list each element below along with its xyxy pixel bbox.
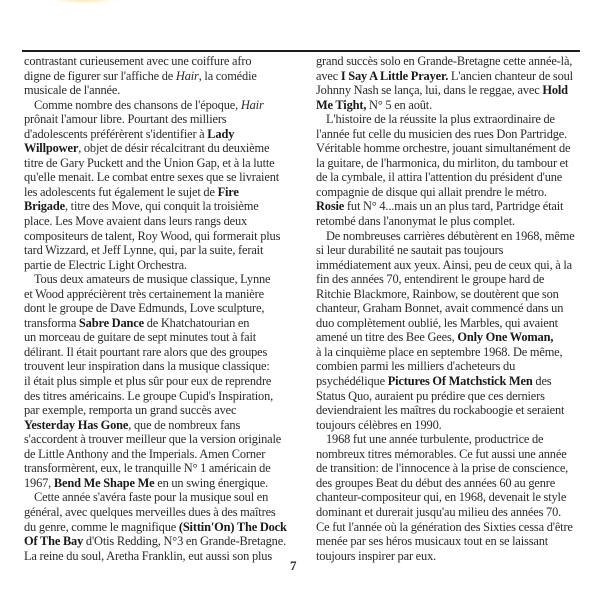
text-segment: Status Quo, auraient pu prédire que ces … [316,389,545,403]
text-line: Willpower, objet de désir récalcitrant d… [24,141,296,156]
scan-smudge [50,0,120,4]
text-line: deviendraient les maîtres du rockaboogie… [316,403,586,418]
text-line: les adolescents fut également le sujet d… [24,185,296,200]
text-segment: des titres américains. Le groupe Cupid's… [24,389,273,403]
text-segment: transforma [24,316,79,330]
text-segment: Johnny Nash se lança, lui, dans le regga… [316,83,542,97]
text-segment: en un swing énergique. [155,476,269,490]
text-segment: La reine du soul, Aretha Franklin, eut a… [24,549,272,563]
text-segment: amené un titre des Bee Gees, [316,330,457,344]
song-title: Hold [542,83,568,97]
text-line: toujours inspirer par eux. [316,549,586,564]
text-line: d'adolescents préférèrent s'identifier à… [24,127,296,142]
text-line: amené un titre des Bee Gees, Only One Wo… [316,330,586,345]
text-segment: fut N° 4...mais un an plus tard, Partrid… [344,199,563,213]
text-line: toujours célèbres en 1990. [316,418,586,433]
header-rule [22,50,580,52]
text-line: musicale de l'année. [24,83,296,98]
song-title: Rosie [316,199,344,213]
text-line: l'année fut celle du musicien des rues D… [316,127,586,142]
text-line: titre de Gary Puckett and the Union Gap,… [24,156,296,171]
text-segment: transformèrent, eux, le tranquille N° 1 … [24,461,271,475]
song-title: Sabre Dance [79,316,144,330]
text-segment: des groupes Beat du début des années 60 … [316,476,555,490]
text-segment: Tous deux amateurs de musique classique,… [34,272,270,286]
text-segment: trouvent leur inspiration dans la musiqu… [24,359,270,373]
text-segment: des [533,374,552,388]
text-segment: tard Wizzard, et Jeff Lynne, qui, par la… [24,243,263,257]
text-segment: menée par ses héros musicaux tout en se … [316,534,548,548]
text-line: duo complètement oublié, les Marbles, qu… [316,316,586,331]
song-title: Of The Bay [24,534,83,548]
text-segment: musicale de l'année. [24,83,120,97]
text-segment: chanteur, Graham Bonnet, avait commencé … [316,301,563,315]
song-title: I Say A Little Prayer. [341,69,448,83]
text-segment: Ce fut l'année où la génération des Sixt… [316,520,573,534]
text-segment: deviendraient les maîtres du rockaboogie… [316,403,564,417]
text-line: psychédélique Pictures Of Matchstick Men… [316,374,586,389]
text-line: partie de Electric Light Orchestra. [24,258,296,273]
text-segment: nombreux titres mémorables. Ce fut aussi… [316,447,567,461]
text-segment: partie de Electric Light Orchestra. [24,258,187,272]
text-line: Cette année s'avéra faste pour la musiqu… [24,490,296,505]
text-segment: avec [316,69,341,83]
text-line: Yesterday Has Gone, que de nombreux fans [24,418,296,433]
text-segment: il était plus simple et plus sûr pour eu… [24,374,271,388]
text-segment: et Wood apprécièrent très certainement l… [24,287,264,301]
text-segment: d'adolescents préférèrent s'identifier à [24,127,207,141]
text-segment: 1967, [24,476,54,490]
text-line: si leur durabilité ne sautait pas toujou… [316,243,586,258]
text-line: place. Les Move avaient dans leurs rangs… [24,214,296,229]
left-text-column: contrastant curieusement avec une coiffu… [24,54,296,563]
text-line: L'histoire de la réussite la plus extrao… [316,112,586,127]
text-line: Of The Bay d'Otis Redding, N°3 en Grande… [24,534,296,549]
text-line: et Wood apprécièrent très certainement l… [24,287,296,302]
song-title: Bend Me Shape Me [54,476,155,490]
song-title: Yesterday Has Gone [24,418,128,432]
text-segment: la guitare, de l'harmonica, du mirliton,… [316,156,568,170]
text-segment: à la cinquième place en septembre 1968. … [316,345,562,359]
text-line: grand succès solo en Grande-Bretagne cet… [316,54,586,69]
text-segment: s'accordent à trouver meilleur que la ve… [24,432,281,446]
text-segment: , que de nombreux fans [128,418,240,432]
text-segment: , titre des Move, qui conquit la troisiè… [65,199,259,213]
text-line: du genre, comme le magnifique (Sittin'On… [24,520,296,535]
song-title: Brigade [24,199,65,213]
text-line: s'accordent à trouver meilleur que la ve… [24,432,296,447]
text-line: il était plus simple et plus sûr pour eu… [24,374,296,389]
text-segment: un morceau de guitare de sept minutes to… [24,330,256,344]
text-segment: De nombreuses carrières débutèrent en 19… [326,229,575,243]
text-line: La reine du soul, Aretha Franklin, eut a… [24,549,296,564]
text-line: immédiatement aux yeux. Ainsi, peu de ce… [316,258,586,273]
text-segment: retombé dans l'anonymat le plus complet. [316,214,515,228]
text-line: chanteur, Graham Bonnet, avait commencé … [316,301,586,316]
text-segment: par exemple, remporta un grand succès av… [24,403,236,417]
text-segment: de la cymbale, il attira l'attention du … [316,170,562,184]
text-segment: de transition: de l'innocence à la prise… [316,461,568,475]
text-segment: Comme nombre des chansons de l'époque, [34,98,241,112]
text-line: 1968 fut une année turbulente, productri… [316,432,586,447]
text-segment: grand succès solo en Grande-Bretagne cet… [316,54,572,68]
text-segment: les adolescents fut également le sujet d… [24,185,218,199]
text-line: De nombreuses carrières débutèrent en 19… [316,229,586,244]
text-line: chanteur-compositeur qui, en 1968, deven… [316,490,586,505]
text-segment: dominant et durerait jusqu'au milieu des… [316,505,561,519]
text-segment: Ritchie Blackmore, Rainbow, se doutèrent… [316,287,559,301]
text-line: Rosie fut N° 4...mais un an plus tard, P… [316,199,586,214]
text-line: 1967, Bend Me Shape Me en un swing énerg… [24,476,296,491]
text-segment: duo complètement oublié, les Marbles, qu… [316,316,558,330]
text-segment: de Khatchatourian en [144,316,249,330]
song-title: Fire [218,185,239,199]
text-line: un morceau de guitare de sept minutes to… [24,330,296,345]
text-segment: combien parmi les milliers d'acheteurs d… [316,359,515,373]
text-segment: , objet de désir récalcitrant du deuxièm… [78,141,269,155]
text-line: de transition: de l'innocence à la prise… [316,461,586,476]
text-segment: Cette année s'avéra faste pour la musiqu… [34,490,268,504]
text-segment: 1968 fut une année turbulente, productri… [326,432,543,446]
text-line: Johnny Nash se lança, lui, dans le regga… [316,83,586,98]
text-line: trouvent leur inspiration dans la musiqu… [24,359,296,374]
text-line: Comme nombre des chansons de l'époque, H… [24,98,296,113]
text-line: digne de figurer sur l'affiche de Hair, … [24,69,296,84]
text-line: tard Wizzard, et Jeff Lynne, qui, par la… [24,243,296,258]
text-line: contrastant curieusement avec une coiffu… [24,54,296,69]
text-line: à la cinquième place en septembre 1968. … [316,345,586,360]
document-page: contrastant curieusement avec une coiffu… [0,0,599,599]
text-segment: prônait l'amour libre. Pourtant des mill… [24,112,226,126]
text-line: des groupes Beat du début des années 60 … [316,476,586,491]
text-segment: digne de figurer sur l'affiche de [24,69,176,83]
text-segment: Véritable homme orchestre, jouant simult… [316,141,570,155]
text-line: Tous deux amateurs de musique classique,… [24,272,296,287]
text-line: prônait l'amour libre. Pourtant des mill… [24,112,296,127]
text-segment: titre de Gary Puckett and the Union Gap,… [24,156,275,170]
text-line: de la cymbale, il attira l'attention du … [316,170,586,185]
text-line: la guitare, de l'harmonica, du mirliton,… [316,156,586,171]
text-line: qu'elle menait. Le combat entre sexes qu… [24,170,296,185]
text-line: menée par ses héros musicaux tout en se … [316,534,586,549]
text-line: compagnie de disque qui allait prendre l… [316,185,586,200]
text-line: Véritable homme orchestre, jouant simult… [316,141,586,156]
text-segment: psychédélique [316,374,388,388]
text-line: combien parmi les milliers d'acheteurs d… [316,359,586,374]
text-segment: toujours célèbres en 1990. [316,418,442,432]
song-title: (Sittin'On) The Dock [179,520,287,534]
text-line: Ritchie Blackmore, Rainbow, se doutèrent… [316,287,586,302]
text-line: compositeurs de talent, Roy Wood, qui fo… [24,229,296,244]
text-segment: de Little Anthony and the Imperials. Ame… [24,447,265,461]
text-line: général, avec quelques merveilles dues à… [24,505,296,520]
text-segment: général, avec quelques merveilles dues à… [24,505,276,519]
italic-title: Hair [241,98,264,112]
text-segment: immédiatement aux yeux. Ainsi, peu de ce… [316,258,572,272]
italic-title: Hair [176,69,199,83]
text-segment: fin des années 70, entendirent le groupe… [316,272,544,286]
text-line: Me Tight, N° 5 en août. [316,98,586,113]
text-segment: toujours inspirer par eux. [316,549,436,563]
text-segment: d'Otis Redding, N°3 en Grande-Bretagne. [83,534,286,548]
text-segment: , la comédie [199,69,257,83]
text-line: dominant et durerait jusqu'au milieu des… [316,505,586,520]
text-line: retombé dans l'anonymat le plus complet. [316,214,586,229]
text-line: transformèrent, eux, le tranquille N° 1 … [24,461,296,476]
text-segment: dont le groupe de Dave Edmunds, Love scu… [24,301,264,315]
right-text-column: grand succès solo en Grande-Bretagne cet… [316,54,586,563]
text-segment: contrastant curieusement avec une coiffu… [24,54,251,68]
song-title: Willpower [24,141,78,155]
text-line: Brigade, titre des Move, qui conquit la … [24,199,296,214]
text-line: de Little Anthony and the Imperials. Ame… [24,447,296,462]
song-title: Lady [207,127,234,141]
text-line: fin des années 70, entendirent le groupe… [316,272,586,287]
page-number: 7 [290,558,297,574]
text-line: Ce fut l'année où la génération des Sixt… [316,520,586,535]
text-segment: L'ancien chanteur de soul [448,69,573,83]
text-segment: si leur durabilité ne sautait pas toujou… [316,243,503,257]
text-line: dont le groupe de Dave Edmunds, Love scu… [24,301,296,316]
song-title: Pictures Of Matchstick Men [388,374,533,388]
text-segment: chanteur-compositeur qui, en 1968, deven… [316,490,566,504]
text-line: transforma Sabre Dance de Khatchatourian… [24,316,296,331]
text-segment: du genre, comme le magnifique [24,520,179,534]
song-title: Only One Woman, [457,330,553,344]
text-segment: compagnie de disque qui allait prendre l… [316,185,547,199]
text-segment: délirant. Il était pourtant rare alors q… [24,345,267,359]
text-line: Status Quo, auraient pu prédire que ces … [316,389,586,404]
text-line: délirant. Il était pourtant rare alors q… [24,345,296,360]
text-segment: N° 5 en août. [366,98,432,112]
text-segment: place. Les Move avaient dans leurs rangs… [24,214,247,228]
text-line: nombreux titres mémorables. Ce fut aussi… [316,447,586,462]
text-segment: l'année fut celle du musicien des rues D… [316,127,567,141]
text-line: avec I Say A Little Prayer. L'ancien cha… [316,69,586,84]
text-line: par exemple, remporta un grand succès av… [24,403,296,418]
text-segment: compositeurs de talent, Roy Wood, qui fo… [24,229,280,243]
song-title: Me Tight, [316,98,366,112]
text-segment: L'histoire de la réussite la plus extrao… [326,112,555,126]
text-segment: qu'elle menait. Le combat entre sexes qu… [24,170,279,184]
text-line: des titres américains. Le groupe Cupid's… [24,389,296,404]
